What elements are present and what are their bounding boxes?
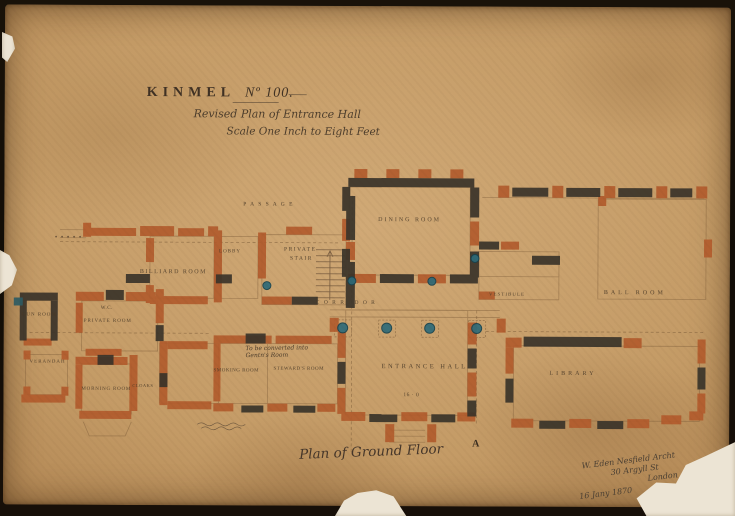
room-label-dining-room: DINING ROOM bbox=[378, 217, 441, 223]
ink-scribbles bbox=[197, 94, 306, 430]
drawing-subtitle: Revised Plan of Entrance Hall bbox=[194, 107, 361, 121]
room-label-vestibule: VESTIBULE bbox=[489, 293, 525, 298]
walls-new bbox=[21, 167, 712, 443]
room-label-passage: P A S S A G E bbox=[243, 201, 294, 207]
room-label-verandah: VERANDAH bbox=[30, 360, 66, 365]
section-marker-a: A bbox=[472, 438, 479, 449]
drawing-number: Nº 100. bbox=[245, 85, 294, 100]
room-label-cloaks: CLOAKS bbox=[132, 383, 153, 388]
room-label-gun-room: GUN ROOM bbox=[22, 312, 57, 317]
pencil-note: To be converted into Gentn's Room bbox=[245, 345, 327, 360]
room-outlines bbox=[23, 186, 706, 444]
title-block: KINMELNº 100. bbox=[147, 83, 294, 102]
scale-dots bbox=[55, 236, 81, 238]
walls-old bbox=[19, 176, 706, 429]
drawing-paper-sheet: KINMELNº 100. Revised Plan of Entrance H… bbox=[3, 4, 731, 507]
scanned-drawing-photo: KINMELNº 100. Revised Plan of Entrance H… bbox=[0, 0, 735, 516]
room-label-corridor: C O R R I D O R bbox=[316, 300, 377, 306]
room-label-smoking-room: SMOKING ROOM bbox=[213, 368, 259, 373]
room-label-billiard-room: BILLIARD ROOM bbox=[140, 269, 207, 275]
scale-note: Scale One Inch to Eight Feet bbox=[227, 125, 380, 138]
dashed-lines bbox=[29, 195, 704, 454]
room-label-library: LIBRARY bbox=[549, 371, 596, 377]
column-markers bbox=[14, 252, 482, 333]
sheet-caption: Plan of Ground Floor bbox=[299, 441, 443, 463]
dimension-text: 16 · 0 bbox=[403, 392, 419, 398]
room-label-stewards-room: STEWARD'S ROOM bbox=[273, 367, 324, 372]
room-label-private-room: PRIVATE ROOM bbox=[84, 319, 132, 324]
room-label-lobby: LOBBY bbox=[219, 249, 241, 254]
room-label-wc: W.C. bbox=[101, 306, 113, 311]
room-label-ball-room: BALL ROOM bbox=[604, 290, 666, 296]
room-label-morning-room: MORNING ROOM bbox=[81, 387, 131, 392]
room-label-private-stair-1: PRIVATE bbox=[284, 247, 316, 253]
room-label-entrance-hall: ENTRANCE HALL bbox=[382, 363, 468, 370]
drawing-title: KINMEL bbox=[147, 85, 235, 100]
drawing-content: KINMELNº 100. Revised Plan of Entrance H… bbox=[3, 4, 731, 507]
room-label-private-stair-2: STAIR bbox=[290, 256, 313, 262]
floor-plan-linework bbox=[3, 4, 731, 507]
staircase bbox=[316, 250, 345, 300]
